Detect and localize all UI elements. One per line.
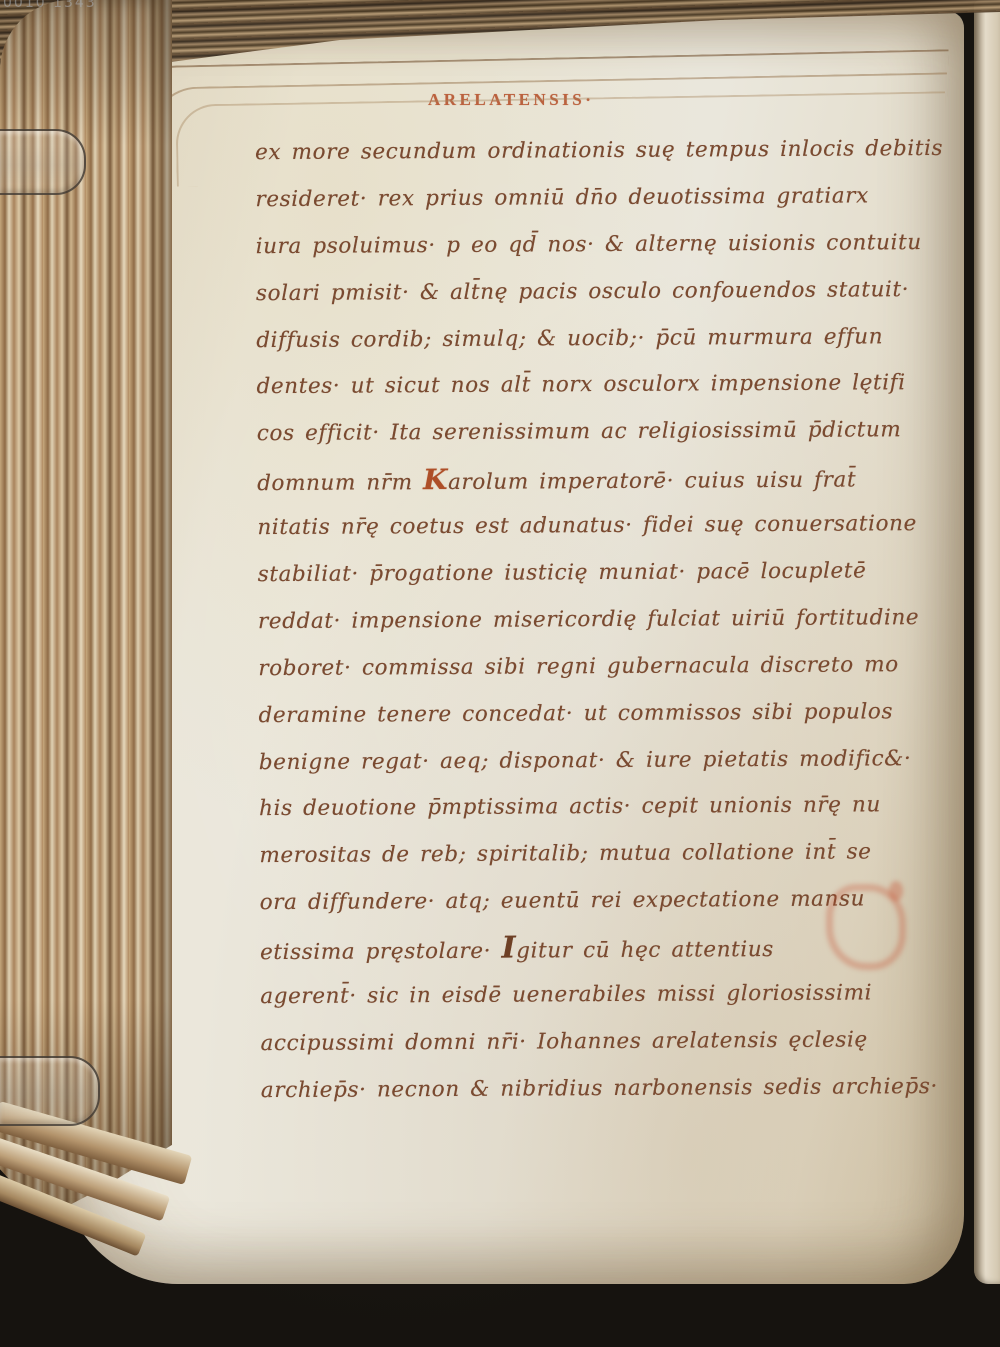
manuscript-line: diffusis cordib; simulq; & uocib;· p̄cū … bbox=[256, 313, 956, 364]
binder-clip-bottom bbox=[0, 1056, 100, 1126]
manuscript-line: reddat· impensione misericordię fulciat … bbox=[258, 595, 958, 646]
initial-tall: I bbox=[501, 931, 516, 966]
manuscript-text: benigne regat· aeq; disponat· & iure pie… bbox=[259, 746, 912, 775]
manuscript-line: deramine tenere concedat· ut commissos s… bbox=[258, 689, 958, 740]
manuscript-line: cos efficit· Ita serenissimum ac religio… bbox=[257, 407, 957, 458]
manuscript-line: accipussimi domni nr̄i· Iohannes arelate… bbox=[260, 1017, 960, 1068]
manuscript-text: nitatis nr̄ę coetus est adunatus· fidei … bbox=[257, 511, 917, 540]
manuscript-line: benigne regat· aeq; disponat· & iure pie… bbox=[259, 735, 959, 786]
digitization-watermark: 0010 1343 bbox=[3, 0, 97, 11]
manuscript-text: merositas de reb; spiritalib; mutua coll… bbox=[259, 840, 871, 869]
manuscript-text: dentes· ut sicut nos alt̄ norx osculorx … bbox=[256, 371, 905, 400]
manuscript-text: deramine tenere concedat· ut commissos s… bbox=[258, 699, 893, 728]
manuscript-text: cos efficit· Ita serenissimum ac religio… bbox=[257, 418, 902, 447]
manuscript-line: domnum nr̄m Karolum imperatorē· cuius ui… bbox=[257, 454, 957, 505]
facing-page-edge bbox=[974, 0, 1000, 1284]
manuscript-photo: ARELATENSIS· ex more secundum ordination… bbox=[0, 0, 1000, 1347]
manuscript-text: solari pmisit· & alt̄nę pacis osculo con… bbox=[256, 277, 909, 306]
manuscript-line: agerent̄· sic in eisdē uenerabiles missi… bbox=[260, 970, 960, 1021]
manuscript-text: diffusis cordib; simulq; & uocib;· p̄cū … bbox=[256, 324, 883, 353]
red-ink-smudge bbox=[826, 884, 906, 970]
manuscript-text: reddat· impensione misericordię fulciat … bbox=[258, 605, 919, 634]
manuscript-text: roboret· commissa sibi regni gubernacula… bbox=[258, 652, 899, 681]
manuscript-text: ora diffundere· atq; euentū rei expectat… bbox=[260, 887, 866, 916]
manuscript-text: domnum nr̄m bbox=[257, 470, 423, 496]
manuscript-text: resideret· rex prius omniū dn̄o deuotiss… bbox=[255, 183, 869, 212]
manuscript-line: dentes· ut sicut nos alt̄ norx osculorx … bbox=[256, 360, 956, 411]
binder-clip-top bbox=[0, 129, 86, 195]
manuscript-line: roboret· commissa sibi regni gubernacula… bbox=[258, 642, 958, 693]
manuscript-text: accipussimi domni nr̄i· Iohannes arelate… bbox=[261, 1027, 868, 1056]
manuscript-text: agerent̄· sic in eisdē uenerabiles missi… bbox=[260, 980, 872, 1009]
manuscript-line: iura psoluimus· p eo qd̄ nos· & alternę … bbox=[256, 220, 956, 271]
manuscript-text: gitur cū hęc attentius bbox=[516, 937, 774, 964]
manuscript-line: his deuotione p̄mptissima actis· cepit u… bbox=[259, 782, 959, 833]
manuscript-text: his deuotione p̄mptissima actis· cepit u… bbox=[259, 793, 881, 822]
manuscript-line: stabiliat· p̄rogatione iusticię muniat· … bbox=[258, 548, 958, 599]
initial-red: K bbox=[423, 463, 448, 496]
page-edge-arc bbox=[175, 91, 946, 186]
manuscript-line: merositas de reb; spiritalib; mutua coll… bbox=[259, 829, 959, 880]
manuscript-text: archiep̄s· necnon & nibridius narbonensi… bbox=[261, 1074, 938, 1103]
manuscript-text: iura psoluimus· p eo qd̄ nos· & alternę … bbox=[256, 230, 922, 259]
manuscript-line: solari pmisit· & alt̄nę pacis osculo con… bbox=[256, 267, 956, 318]
manuscript-text: arolum imperatorē· cuius uisu frat̄ bbox=[448, 468, 856, 495]
manuscript-text: stabiliat· p̄rogatione iusticię muniat· … bbox=[258, 558, 867, 587]
manuscript-text: etissima pręstolare· bbox=[260, 939, 502, 965]
manuscript-line: nitatis nr̄ę coetus est adunatus· fidei … bbox=[257, 501, 957, 552]
parchment-page: ARELATENSIS· ex more secundum ordination… bbox=[58, 12, 964, 1284]
manuscript-line: archiep̄s· necnon & nibridius narbonensi… bbox=[261, 1064, 961, 1115]
